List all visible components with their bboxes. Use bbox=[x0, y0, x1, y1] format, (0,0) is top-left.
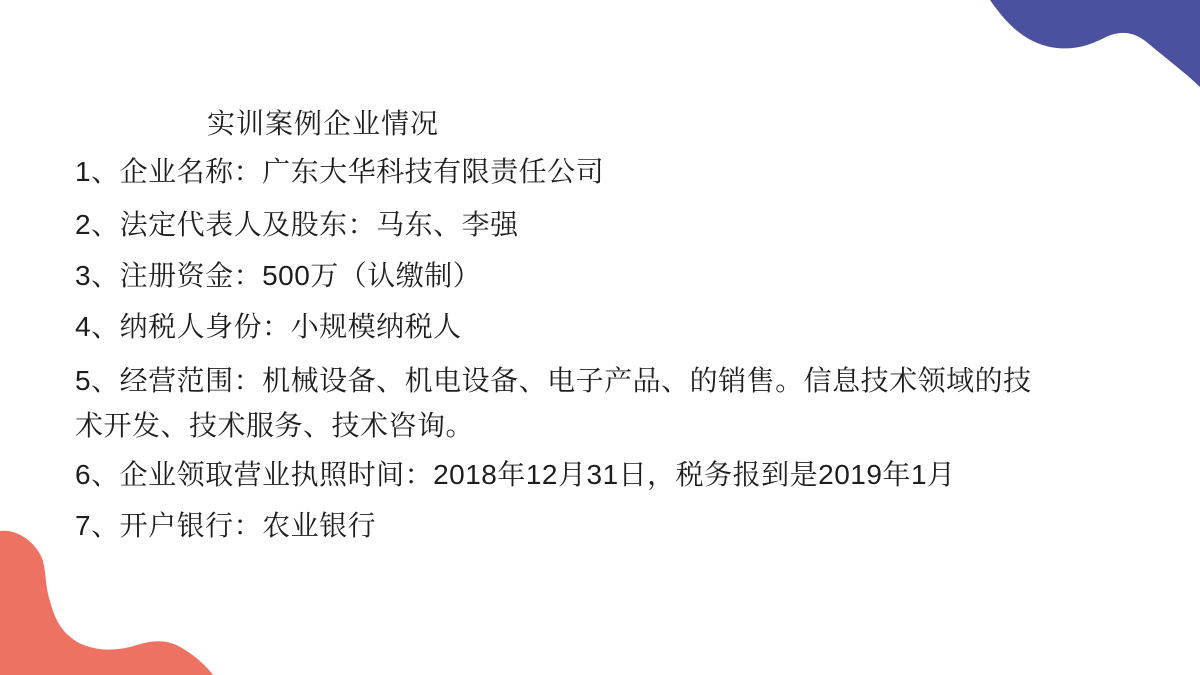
wave-blob-icon bbox=[990, 0, 1200, 87]
body-line-2: 2、法定代表人及股东：马东、李强 bbox=[75, 210, 519, 241]
body-line-3: 3、注册资金：500万（认缴制） bbox=[75, 261, 481, 292]
presentation-slide: 实训案例企业情况 1、企业名称：广东大华科技有限责任公司 2、法定代表人及股东：… bbox=[0, 0, 1200, 675]
rounded-blob-icon bbox=[0, 531, 213, 675]
body-line-5: 5、经营范围：机械设备、机电设备、电子产品、的销售。信息技术领域的技 bbox=[75, 366, 1032, 397]
body-line-1: 1、企业名称：广东大华科技有限责任公司 bbox=[75, 157, 604, 188]
body-line-4: 4、纳税人身份：小规模纳税人 bbox=[75, 312, 462, 343]
body-line-6: 6、企业领取营业执照时间：2018年12月31日，税务报到是2019年1月 bbox=[75, 460, 956, 491]
slide-title: 实训案例企业情况 bbox=[207, 109, 439, 140]
body-line-5-continued: 术开发、技术服务、技术咨询。 bbox=[75, 411, 474, 442]
body-line-7: 7、开户银行：农业银行 bbox=[75, 511, 376, 542]
